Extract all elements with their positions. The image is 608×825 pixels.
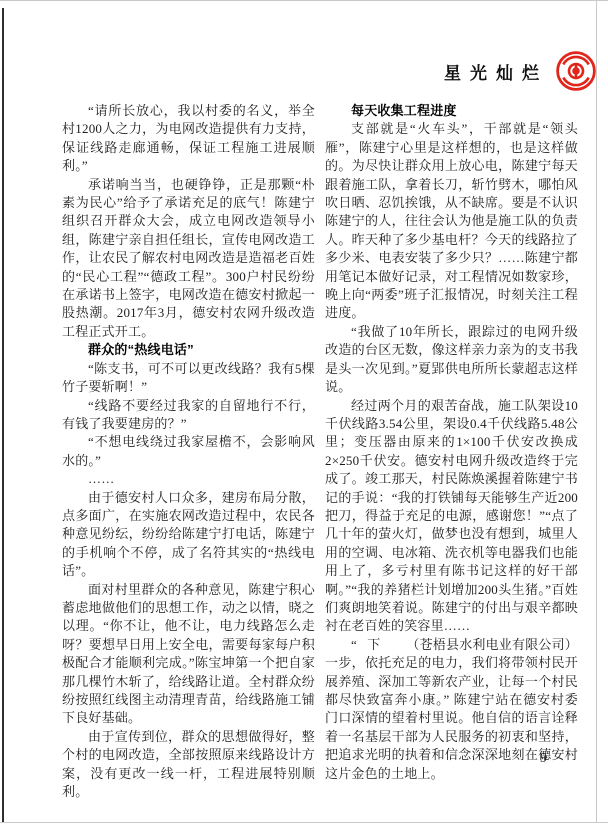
paragraph-text: 群众的“热线电话” [88,342,194,357]
trade-union-emblem-icon [555,50,597,92]
scan-edge-left [2,8,4,822]
page-title: 星光灿烂 [444,59,548,84]
paragraph: 面对村里群众的各种意见，陈建宁积心蓄虑地做他们的思想工作，动之以情，晓之以理。“… [62,581,315,728]
paragraph-text: …… [88,471,114,486]
paragraph-text: “陈支书，可不可以更改线路？我有5棵竹子要斩啊！” [62,361,315,394]
paragraph: 支部就是“火车头”，干部就是“领头雁”，陈建宁心里是这样想的，也是这样做的。为尽… [325,120,578,322]
paragraph: 承诺响当当，也硬铮铮，正是那颗“朴素为民心”给予了承诺充足的底气！陈建宁组织召开… [62,176,315,342]
paragraph: 由于宣传到位，群众的思想做得好，整个村的电网改造，全部按照原来线路设计方案，没有… [62,728,315,802]
paragraph: 群众的“热线电话” [62,341,315,359]
paragraph: 经过两个月的艰苦奋战，施工队架设10千伏线路3.54公里，架设0.4千伏线路5.… [325,397,578,636]
right-column: 每天收集工程进度 支部就是“火车头”，干部就是“领头雁”，陈建宁心里是这样想的，… [325,102,578,801]
paragraph-text: 由于宣传到位，群众的思想做得好，整个村的电网改造，全部按照原来线路设计方案，没有… [62,729,315,799]
paragraph-text: 每天收集工程进度 [351,103,457,118]
paragraph: “线路不要经过我家的自留地行不行，有钱了我要建房的？” [62,397,315,434]
page-header: 星光灿烂 [444,50,597,92]
paragraph-text: “线路不要经过我家的自留地行不行，有钱了我要建房的？” [62,398,315,431]
paragraph: 每天收集工程进度 [325,102,578,120]
article-body: “请所长放心，我以村委的名义，举全村1200人之力，为电网改造提供有力支持，保证… [62,102,578,801]
scan-edge-top [0,0,608,1]
page-number: 9 [540,751,547,767]
scan-edge-right [596,1,597,822]
attribution: （苍梧县水利电业有限公司） [380,636,578,654]
paragraph-text: “请所长放心，我以村委的名义，举全村1200人之力，为电网改造提供有力支持，保证… [62,103,315,173]
paragraph-text: “我做了10年所长，跟踪过的电网升级改造的台区无数，像这样亲力亲为的支书我是头一… [325,324,578,394]
magazine-page: 星光灿烂 “请所长放心，我以村委的名义，举全村1200人之力，为电网改造提供有力… [0,0,608,825]
paragraph-text: 承诺响当当，也硬铮铮，正是那颗“朴素为民心”给予了承诺充足的底气！陈建宁组织召开… [62,177,315,339]
paragraph-text: 经过两个月的艰苦奋战，施工队架设10千伏线路3.54公里，架设0.4千伏线路5.… [325,398,578,634]
scan-edge-bottom [0,822,608,823]
paragraph-text: 由于德安村人口众多，建房布局分散，点多面广，在实施农网改造过程中，农民各种意见纷… [62,490,315,579]
paragraph-text: “不想电线绕过我家屋檐不，会影响风水的。” [62,434,315,467]
paragraph: “请所长放心，我以村委的名义，举全村1200人之力，为电网改造提供有力支持，保证… [62,102,315,176]
paragraph-text: 面对村里群众的各种意见，陈建宁积心蓄虑地做他们的思想工作，动之以情，晓之以理。“… [62,582,315,726]
paragraph: “陈支书，可不可以更改线路？我有5棵竹子要斩啊！” [62,360,315,397]
paragraph-text: 支部就是“火车头”，干部就是“领头雁”，陈建宁心里是这样想的，也是这样做的。为尽… [325,121,578,320]
left-column: “请所长放心，我以村委的名义，举全村1200人之力，为电网改造提供有力支持，保证… [62,102,315,801]
paragraph: “我做了10年所长，跟踪过的电网升级改造的台区无数，像这样亲力亲为的支书我是头一… [325,323,578,397]
paragraph: …… [62,470,315,488]
paragraph: “不想电线绕过我家屋檐不，会影响风水的。” [62,433,315,470]
paragraph: 由于德安村人口众多，建房布局分散，点多面广，在实施农网改造过程中，农民各种意见纷… [62,489,315,581]
